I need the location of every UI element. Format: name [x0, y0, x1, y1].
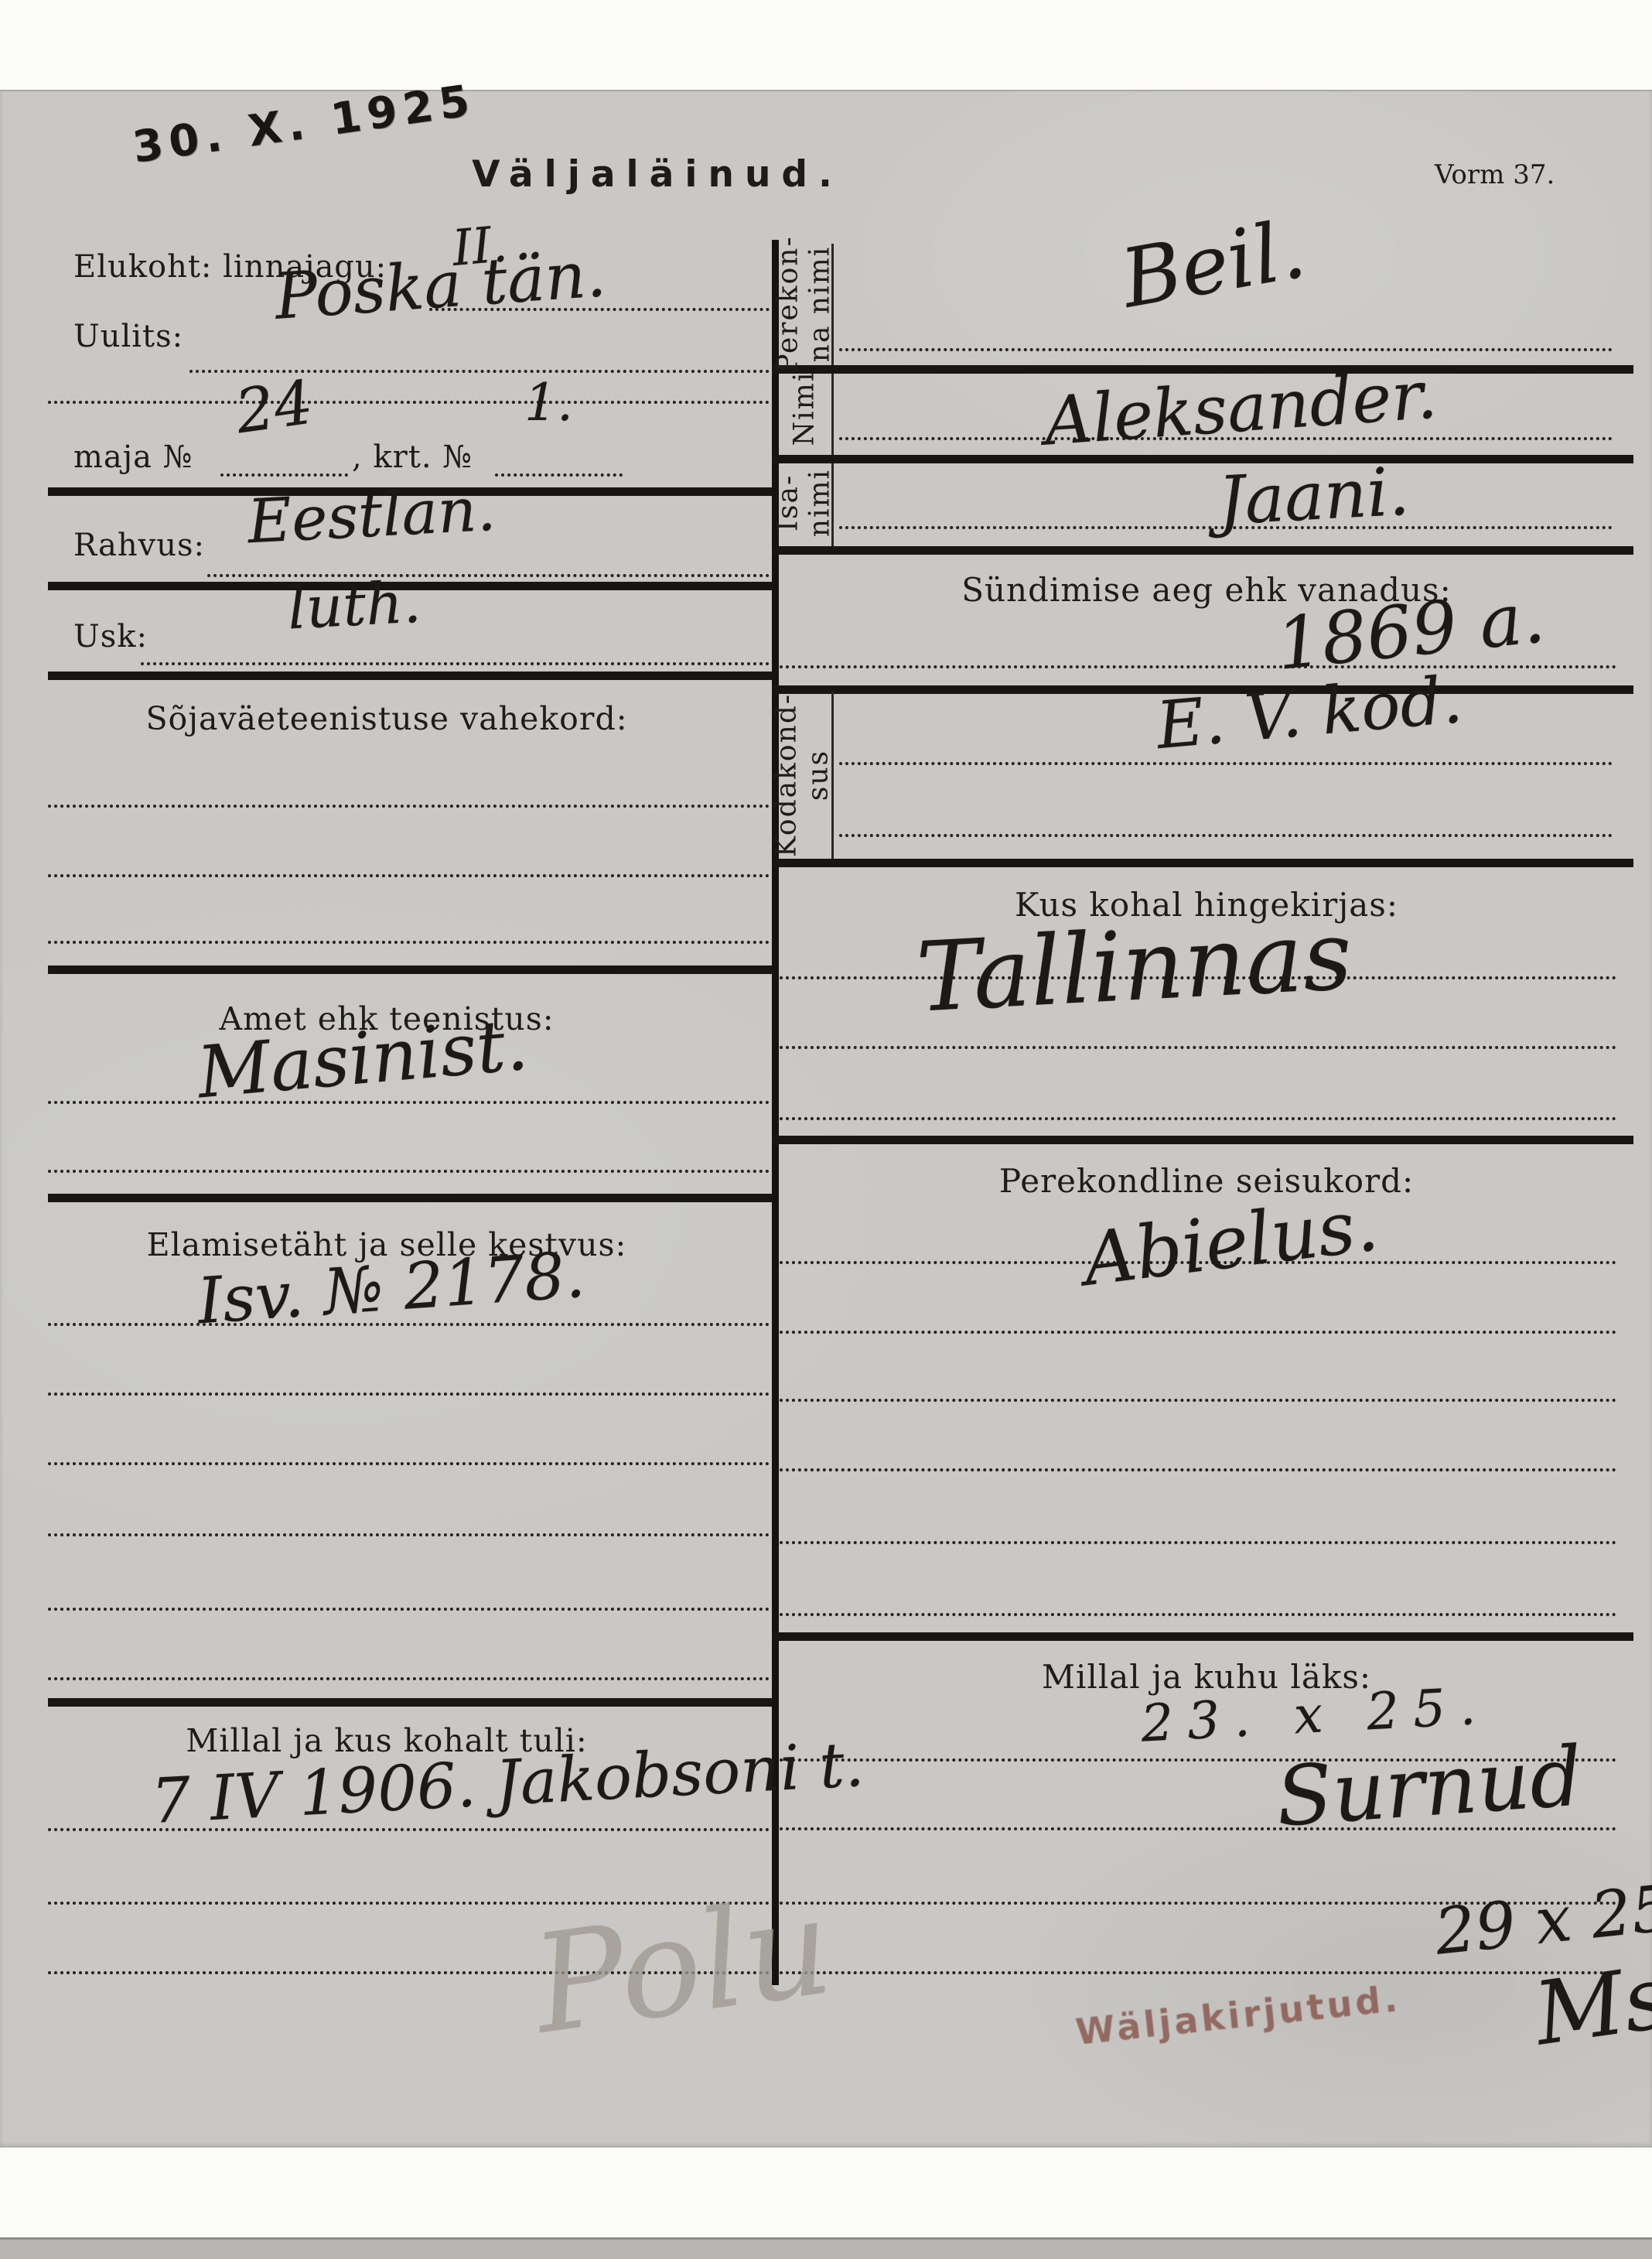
dotted-line [141, 662, 770, 665]
dotted-line [839, 348, 1613, 351]
dotted-line [780, 665, 1616, 668]
dotted-line [839, 834, 1613, 837]
sojavagi-label: Sõjaväeteenistuse vahekord: [70, 700, 704, 737]
scan-edge-strip [0, 2237, 1652, 2259]
seisukord-label: Perekondline seisukord: [820, 1162, 1593, 1200]
dotted-line [780, 1399, 1616, 1402]
dotted-line [780, 1613, 1616, 1616]
rule-bar [48, 965, 772, 974]
dotted-line [780, 1331, 1616, 1334]
dotted-line [48, 1608, 770, 1611]
dotted-line [48, 1170, 770, 1173]
dotted-line [48, 1677, 770, 1680]
dotted-line [48, 401, 770, 404]
dotted-line [780, 1541, 1616, 1544]
dotted-line [48, 874, 770, 877]
rahvus-label: Rahvus: [73, 528, 205, 563]
hingekiri-value-handwriting: Tallinnas [914, 900, 1355, 1034]
dotted-line [780, 1046, 1616, 1049]
nimi-label: Nimi [788, 371, 820, 446]
dotted-line [780, 1468, 1616, 1471]
dotted-line [48, 1101, 770, 1104]
rule-bar [48, 1194, 772, 1202]
dotted-line [48, 1393, 770, 1396]
dotted-line [48, 1462, 770, 1465]
rule-bar [48, 1698, 772, 1707]
page-title: Väljaläinud. [464, 153, 851, 196]
isanimi-label: Isa- nimi [773, 469, 837, 537]
dotted-line [495, 473, 623, 477]
rule-bar [772, 546, 1633, 555]
usk-value-handwriting: luth. [286, 569, 423, 643]
krt-label: , krt. № [352, 439, 473, 475]
dotted-line [48, 941, 770, 944]
dotted-line [839, 762, 1613, 765]
dotted-line [220, 473, 348, 477]
dotted-line [780, 1971, 1616, 1974]
perekonnanimi-label: Perekon- na nimi [773, 235, 837, 372]
dotted-line [48, 1533, 770, 1536]
usk-label: Usk: [73, 619, 148, 654]
isanimi-value-handwriting: Jaani. [1217, 453, 1411, 541]
rahvus-value-handwriting: Eestlan. [246, 475, 497, 558]
dotted-line [48, 805, 770, 808]
uulits-label: Uulits: [73, 319, 183, 354]
dotted-line [780, 1117, 1616, 1120]
kodakondsus-label: Kodakond- sus [771, 693, 835, 857]
maja-label: maja № [73, 439, 193, 475]
krt-value-handwriting: 1. [524, 373, 573, 432]
form-number: Vorm 37. [1435, 159, 1555, 190]
rule-bar [772, 1136, 1633, 1144]
clerk-signature-handwriting: Ms [1529, 1947, 1652, 2066]
rule-bar [772, 455, 1633, 463]
maja-value-handwriting: 24 [231, 368, 317, 448]
rule-bar [48, 672, 772, 680]
scanned-registration-card: 30. X. 1925 Väljaläinud. Vorm 37. Elukoh… [0, 0, 1652, 2259]
rule-bar [772, 1632, 1633, 1641]
rule-bar [772, 859, 1633, 867]
